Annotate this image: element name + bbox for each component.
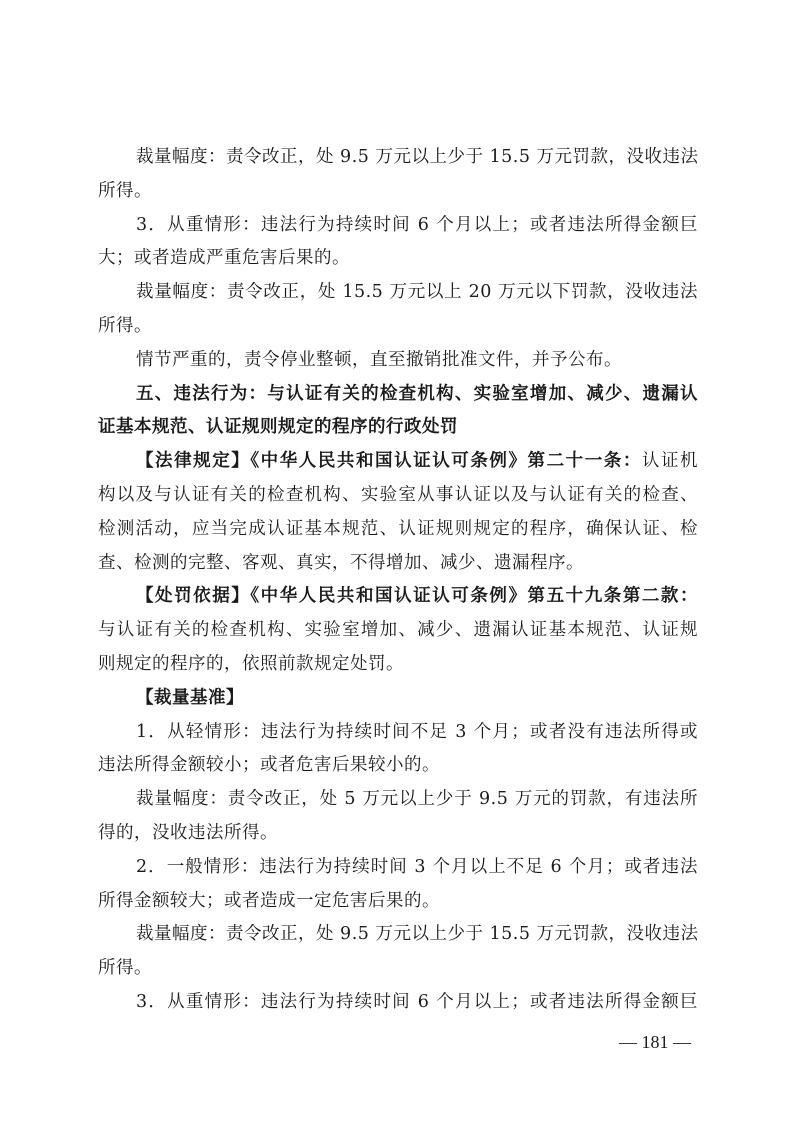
section-heading-line: 五、违法行为：与认证有关的检查机构、实验室增加、减少、遗漏认 xyxy=(98,378,698,412)
paragraph-line: 【处罚依据】《中华人民共和国认证认可条例》第五十九条第二款： xyxy=(98,580,698,614)
bold-label: 【处罚依据】《中华人民共和国认证认可条例》第五十九条第二款： xyxy=(136,586,698,606)
line-text: 检测活动，应当完成认证基本规范、认证规则规定的程序，确保认证、检 xyxy=(98,519,698,539)
paragraph-line: 裁量幅度：责令改正，处 9.5 万元以上少于 15.5 万元罚款，没收违法 xyxy=(98,918,698,952)
paragraph-line: 得的，没收违法所得。 xyxy=(98,817,698,851)
line-text: 所得。 xyxy=(98,181,152,201)
paragraph-line: 裁量幅度：责令改正，处 9.5 万元以上少于 15.5 万元罚款，没收违法 xyxy=(98,141,698,175)
paragraph-line: 与认证有关的检查机构、实验室增加、减少、遗漏认证基本规范、认证规 xyxy=(98,614,698,648)
line-text: 1．从轻情形：违法行为持续时间不足 3 个月；或者没有违法所得或 xyxy=(136,722,698,742)
line-text: 违法所得金额较小；或者危害后果较小的。 xyxy=(98,755,440,775)
line-text: 五、违法行为：与认证有关的检查机构、实验室增加、减少、遗漏认 xyxy=(136,384,698,404)
paragraph-line: 2．一般情形：违法行为持续时间 3 个月以上不足 6 个月；或者违法 xyxy=(98,851,698,885)
paragraph-line: 所得。 xyxy=(98,175,698,209)
paragraph-line: 【裁量基准】 xyxy=(98,682,698,716)
line-text: 则规定的程序的，依照前款规定处罚。 xyxy=(98,654,404,674)
paragraph-line: 1．从轻情形：违法行为持续时间不足 3 个月；或者没有违法所得或 xyxy=(98,716,698,750)
line-text: 裁量幅度：责令改正，处 5 万元以上少于 9.5 万元的罚款，有违法所 xyxy=(136,789,698,809)
paragraph-line: 3．从重情形：违法行为持续时间 6 个月以上；或者违法所得金额巨 xyxy=(98,209,698,243)
paragraph-line: 所得金额较大；或者造成一定危害后果的。 xyxy=(98,885,698,919)
line-text: 2．一般情形：违法行为持续时间 3 个月以上不足 6 个月；或者违法 xyxy=(136,857,698,877)
paragraph-line: 所得。 xyxy=(98,310,698,344)
document-page: 裁量幅度：责令改正，处 9.5 万元以上少于 15.5 万元罚款，没收违法所得。… xyxy=(0,0,793,1122)
paragraph-line: 裁量幅度：责令改正，处 5 万元以上少于 9.5 万元的罚款，有违法所 xyxy=(98,783,698,817)
line-text: 所得。 xyxy=(98,958,152,978)
paragraph-line: 3．从重情形：违法行为持续时间 6 个月以上；或者违法所得金额巨 xyxy=(98,986,698,1020)
line-text: 得的，没收违法所得。 xyxy=(98,823,278,843)
line-text: 与认证有关的检查机构、实验室增加、减少、遗漏认证基本规范、认证规 xyxy=(98,620,698,640)
line-text: 所得金额较大；或者造成一定危害后果的。 xyxy=(98,891,440,911)
line-text: 裁量幅度：责令改正，处 15.5 万元以上 20 万元以下罚款，没收违法 xyxy=(136,282,698,302)
line-text: 裁量幅度：责令改正，处 9.5 万元以上少于 15.5 万元罚款，没收违法 xyxy=(136,924,699,944)
section-heading-line: 证基本规范、认证规则规定的程序的行政处罚 xyxy=(98,411,698,445)
line-text: 证基本规范、认证规则规定的程序的行政处罚 xyxy=(98,417,458,437)
paragraph-line: 情节严重的，责令停业整顿，直至撤销批准文件，并予公布。 xyxy=(98,344,698,378)
line-text: 3．从重情形：违法行为持续时间 6 个月以上；或者违法所得金额巨 xyxy=(136,992,698,1012)
line-text: 所得。 xyxy=(98,316,152,336)
paragraph-line: 【法律规定】《中华人民共和国认证认可条例》第二十一条：认证机 xyxy=(98,445,698,479)
line-text: 裁量幅度：责令改正，处 9.5 万元以上少于 15.5 万元罚款，没收违法 xyxy=(136,147,699,167)
line-text: 情节严重的，责令停业整顿，直至撤销批准文件，并予公布。 xyxy=(136,350,622,370)
line-text: 3．从重情形：违法行为持续时间 6 个月以上；或者违法所得金额巨 xyxy=(136,215,698,235)
paragraph-line: 查、检测的完整、客观、真实，不得增加、减少、遗漏程序。 xyxy=(98,547,698,581)
paragraph-line: 违法所得金额较小；或者危害后果较小的。 xyxy=(98,749,698,783)
paragraph-line: 所得。 xyxy=(98,952,698,986)
bold-label: 【裁量基准】 xyxy=(136,688,244,708)
line-text: 构以及与认证有关的检查机构、实验室从事认证以及与认证有关的检查、 xyxy=(98,485,698,505)
line-text: 认证机 xyxy=(642,451,698,471)
line-text: 查、检测的完整、客观、真实，不得增加、减少、遗漏程序。 xyxy=(98,553,584,573)
bold-label: 【法律规定】《中华人民共和国认证认可条例》第二十一条： xyxy=(136,451,642,471)
paragraph-line: 构以及与认证有关的检查机构、实验室从事认证以及与认证有关的检查、 xyxy=(98,479,698,513)
paragraph-line: 裁量幅度：责令改正，处 15.5 万元以上 20 万元以下罚款，没收违法 xyxy=(98,276,698,310)
paragraph-line: 则规定的程序的，依照前款规定处罚。 xyxy=(98,648,698,682)
page-number: — 181 — xyxy=(610,1032,700,1053)
line-text: 大；或者造成严重危害后果的。 xyxy=(98,248,350,268)
paragraph-line: 大；或者造成严重危害后果的。 xyxy=(98,242,698,276)
document-body: 裁量幅度：责令改正，处 9.5 万元以上少于 15.5 万元罚款，没收违法所得。… xyxy=(98,141,698,1020)
paragraph-line: 检测活动，应当完成认证基本规范、认证规则规定的程序，确保认证、检 xyxy=(98,513,698,547)
